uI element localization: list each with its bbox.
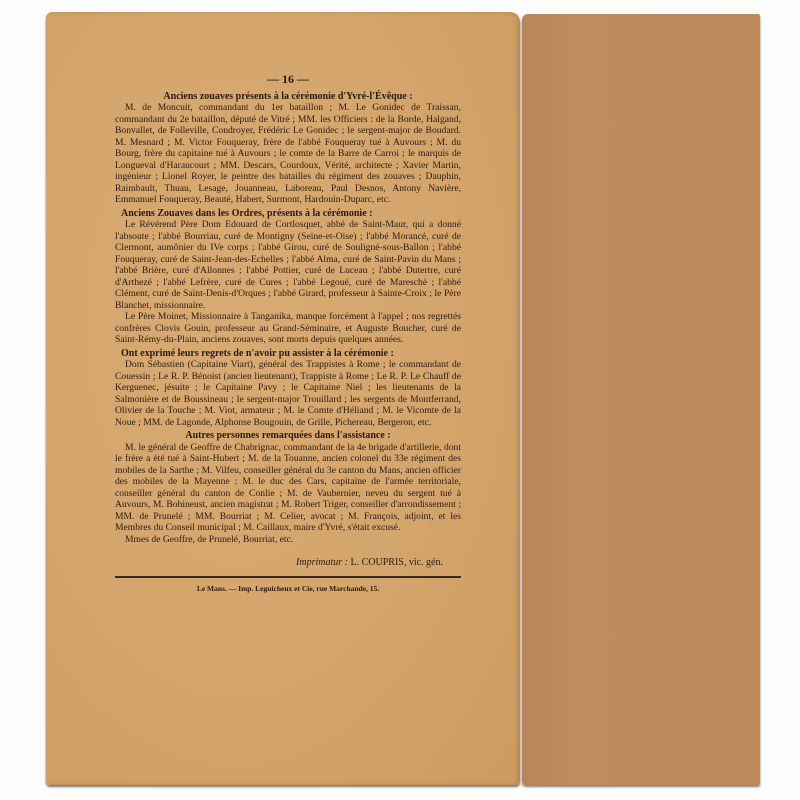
printer-line: Le Mans. — Imp. Leguicheux et Cie, rue M… — [115, 583, 461, 595]
section-heading: Ont exprimé leurs regrets de n'avoir pu … — [115, 348, 461, 360]
paragraph: M. le général de Geoffre de Chabrignac, … — [115, 442, 461, 534]
page-text: — 16 — Anciens zouaves présents à la cér… — [115, 74, 461, 594]
imprimatur-label: Imprimatur : — [296, 557, 348, 568]
imprimatur-name: L. COUPRIS, vic. gén. — [348, 557, 443, 568]
section-heading: Autres personnes remarquées dans l'assis… — [115, 430, 461, 442]
paragraph: Le Révérend Père Dom Edouard de Cortlosq… — [115, 219, 461, 311]
paragraph: Mmes de Geoffre, de Prunelé, Bourriat, e… — [115, 534, 461, 546]
page-number: — 16 — — [115, 74, 461, 86]
paragraph: M. de Moncuit, commandant du 1er bataill… — [115, 102, 461, 206]
divider — [115, 576, 461, 578]
paragraph: Dom Sébastien (Capitaine Viart), général… — [115, 359, 461, 428]
section-heading: Anciens zouaves présents à la cérémonie … — [115, 91, 461, 103]
section-heading: Anciens Zouaves dans les Ordres, présent… — [115, 208, 461, 220]
back-cover — [522, 14, 760, 785]
paragraph: Le Père Moinet, Missionnaire à Tanganika… — [115, 311, 461, 346]
imprimatur: Imprimatur : L. COUPRIS, vic. gén. — [115, 557, 461, 569]
